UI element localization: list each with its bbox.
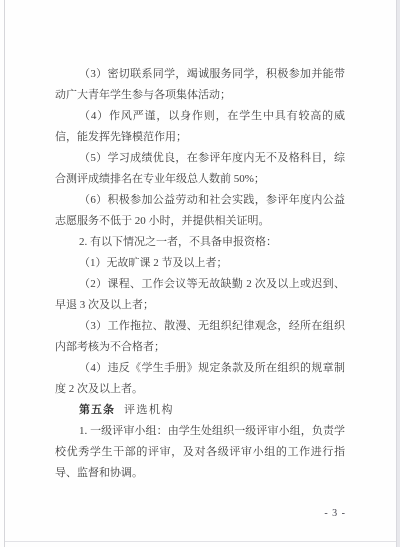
criterion-4-paragraph: （4）作风严谨，以身作则，在学生中具有较高的威信，能发挥先锋模范作用； <box>55 106 345 148</box>
page-number: - 3 - <box>324 508 346 519</box>
article-number: 第五条 <box>79 404 115 416</box>
criterion-6-paragraph: （6）积极参加公益劳动和社会实践，参评年度内公益志愿服务不低于 20 小时，并提… <box>55 190 345 232</box>
criterion-5-paragraph: （5）学习成绩优良，在参评年度内无不及格科目，综合测评成绩排名在专业年级总人数前… <box>55 148 345 190</box>
disqualification-2-paragraph: （2）课程、工作会议等无故缺勤 2 次及以上或迟到、早退 3 次及以上者； <box>55 274 345 316</box>
disqualification-1-paragraph: （1）无故旷课 2 节及以上者； <box>55 253 345 274</box>
review-group-paragraph: 1. 一级评审小组：由学生处组织一级评审小组，负责学校优秀学生干部的评审，及对各… <box>55 421 345 484</box>
document-body: （3）密切联系同学，竭诚服务同学，积极参加并能带动广大青年学生参与各项集体活动；… <box>0 0 400 484</box>
disqualification-3-paragraph: （3）工作拖拉、散漫、无组织纪律观念，经所在组织内部考核为不合格者； <box>55 316 345 358</box>
criterion-3-paragraph: （3）密切联系同学，竭诚服务同学，积极参加并能带动广大青年学生参与各项集体活动； <box>55 64 345 106</box>
scanned-document-page: （3）密切联系同学，竭诚服务同学，积极参加并能带动广大青年学生参与各项集体活动；… <box>0 0 400 547</box>
article-title: 评选机构 <box>124 404 174 416</box>
disqualification-4-paragraph: （4）违反《学生手册》规定条款及所在组织的规章制度 2 次及以上者。 <box>55 358 345 400</box>
page-bottom-edge <box>5 541 396 542</box>
disqualification-intro-paragraph: 2. 有以下情况之一者，不具备申报资格： <box>55 232 345 253</box>
article-5-heading: 第五条评选机构 <box>55 400 345 421</box>
